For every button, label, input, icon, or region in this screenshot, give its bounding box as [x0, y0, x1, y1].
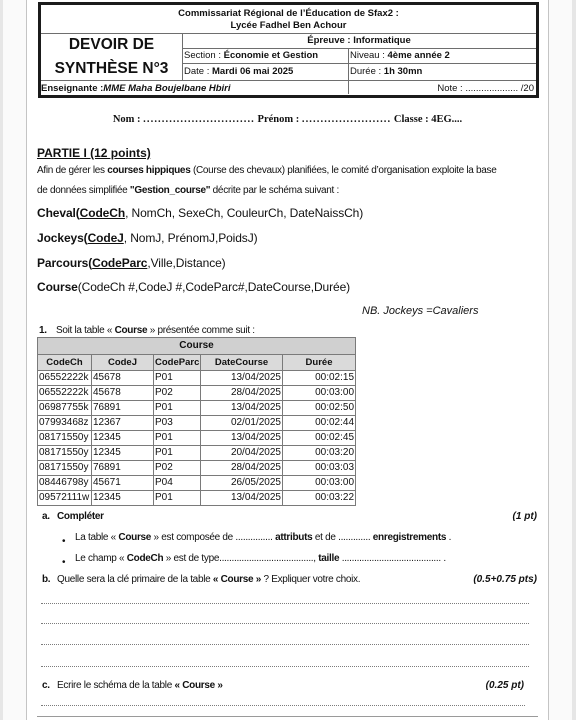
course-table: Course CodeChCodeJCodeParcDateCourseDuré…	[37, 337, 356, 506]
column-header: CodeParc	[154, 355, 201, 371]
intro-paragraph-line2: de données simplifiée "Gestion_course" d…	[37, 184, 339, 197]
bold-text: Course	[115, 325, 148, 336]
text-segment: et de .............	[312, 532, 372, 543]
table-row: 09572111w12345P0113/04/202500:03:22	[38, 491, 356, 506]
table-row: 08446798y45671P0426/05/202500:03:00	[38, 476, 356, 491]
grade-field: Note : .................... /20	[437, 83, 534, 95]
grade-max: /20	[521, 83, 534, 94]
exam-title-line2: SYNTHÈSE N°3	[41, 59, 182, 79]
subquestion-a-points: (1 pt)	[513, 510, 537, 523]
table-cell: 06987755k	[38, 401, 92, 416]
table-cell: 00:02:50	[283, 401, 356, 416]
schema-relation-parcours: Parcours(CodeParc,Ville,Distance)	[37, 256, 226, 271]
table-cell: P01	[154, 491, 201, 506]
teacher-name: MME Maha Boujelbane Hbiri	[103, 83, 230, 94]
classe-value: 4EG....	[431, 114, 462, 125]
fill-in-statement-2: Le champ « CodeCh » est de type.........…	[75, 552, 446, 565]
question-text: Soit la table « Course » présentée comme…	[56, 324, 255, 337]
table-cell: 76891	[92, 401, 154, 416]
table-cell: 26/05/2025	[201, 476, 283, 491]
date-label: Date :	[184, 66, 209, 77]
text-segment: ,Ville,Distance)	[147, 256, 225, 270]
header-divider	[182, 48, 536, 49]
teacher-label: Enseignante :	[41, 83, 103, 94]
header-divider	[41, 80, 536, 81]
bold-text: "Gestion_course"	[130, 185, 210, 196]
table-cell: 00:02:15	[283, 371, 356, 386]
table-cell: 45678	[92, 386, 154, 401]
table-cell: P03	[154, 416, 201, 431]
primary-key-text: CodeParc	[92, 256, 147, 270]
text-segment: » présentée comme suit :	[147, 325, 255, 336]
table-cell: 00:03:00	[283, 476, 356, 491]
niveau-label: Niveau :	[350, 50, 385, 61]
section-heading: PARTIE I (12 points)	[37, 145, 151, 161]
section-label: Section :	[184, 50, 221, 61]
table-cell: P04	[154, 476, 201, 491]
bold-text: taille	[318, 553, 339, 564]
text-segment: ? Expliquer votre choix.	[261, 574, 360, 585]
answer-line	[41, 623, 529, 624]
bold-text: courses hippiques	[107, 165, 190, 176]
nb-note: NB. Jockeys =Cavaliers	[362, 304, 478, 318]
classe-label: Classe :	[394, 114, 429, 125]
subquestion-a-label: a.	[42, 510, 50, 523]
bold-text: CodeCh	[127, 553, 164, 564]
table-cell: 00:02:45	[283, 431, 356, 446]
table-cell: 00:02:44	[283, 416, 356, 431]
fill-in-statement-1: La table « Course » est composée de ....…	[75, 531, 451, 544]
column-header: CodeCh	[38, 355, 92, 371]
prenom-blank: ........................	[302, 114, 391, 125]
prenom-label: Prénom :	[258, 114, 300, 125]
epreuve-value: Informatique	[353, 35, 411, 46]
subquestion-a-title: Compléter	[57, 510, 104, 523]
text-segment: , NomCh, SexeCh, CouleurCh, DateNaissCh)	[125, 206, 363, 220]
nom-label: Nom :	[113, 114, 141, 125]
table-cell: 06552222k	[38, 371, 92, 386]
text-segment: Ecrire le schéma de la table	[57, 680, 174, 691]
table-row: 07993468z12367P0302/01/202500:02:44	[38, 416, 356, 431]
schema-relation-cheval: Cheval(CodeCh, NomCh, SexeCh, CouleurCh,…	[37, 206, 363, 221]
table-cell: 45678	[92, 371, 154, 386]
table-row: 08171550y12345P0120/04/202500:03:20	[38, 446, 356, 461]
table-cell: 13/04/2025	[201, 371, 283, 386]
header-divider	[182, 63, 536, 64]
table-title: Course	[38, 338, 356, 355]
table-cell: 00:03:20	[283, 446, 356, 461]
school-name: Lycée Fadhel Ben Achour	[41, 20, 536, 32]
text-segment: Le champ «	[75, 553, 127, 564]
table-header-row: CodeChCodeJCodeParcDateCourseDurée	[38, 355, 356, 371]
table-cell: 76891	[92, 461, 154, 476]
column-header: DateCourse	[201, 355, 283, 371]
organization-name: Commissariat Régional de l’Éducation de …	[41, 8, 536, 20]
table-cell: 13/04/2025	[201, 431, 283, 446]
header-divider	[41, 33, 536, 34]
subquestion-b-points: (0.5+0.75 pts)	[473, 573, 537, 586]
text-segment: La table «	[75, 532, 118, 543]
question-number: 1.	[39, 324, 47, 337]
table-row: 06552222k45678P0113/04/202500:02:15	[38, 371, 356, 386]
table-cell: P01	[154, 446, 201, 461]
table-cell: 08171550y	[38, 461, 92, 476]
table-cell: 12345	[92, 491, 154, 506]
text-segment: Quelle sera la clé primaire de la table	[57, 574, 213, 585]
bold-text: enregistrements	[373, 532, 446, 543]
duree-field: Durée : 1h 30mn	[350, 66, 422, 78]
table-cell: 12345	[92, 446, 154, 461]
epreuve-label: Épreuve :	[307, 35, 350, 46]
table-cell: 00:03:03	[283, 461, 356, 476]
bold-text: « Course »	[174, 680, 222, 691]
table-cell: 07993468z	[38, 416, 92, 431]
table-cell: 08446798y	[38, 476, 92, 491]
text-segment: décrite par le schéma suivant :	[210, 185, 339, 196]
table-cell: 28/04/2025	[201, 386, 283, 401]
bold-text: « Course »	[213, 574, 261, 585]
table-cell: 28/04/2025	[201, 461, 283, 476]
table-cell: P01	[154, 401, 201, 416]
bullet-icon	[62, 552, 66, 570]
header-divider	[348, 48, 349, 94]
bold-text: Course	[37, 280, 78, 294]
table-cell: 13/04/2025	[201, 491, 283, 506]
table-cell: 20/04/2025	[201, 446, 283, 461]
answer-line	[41, 603, 529, 604]
bold-text: Course	[118, 532, 151, 543]
table-title-row: Course	[38, 338, 356, 355]
table-cell: 06552222k	[38, 386, 92, 401]
niveau-field: Niveau : 4ème année 2	[350, 50, 450, 62]
bold-text: Cheval(	[37, 206, 80, 220]
table-row: 06987755k76891P0113/04/202500:02:50	[38, 401, 356, 416]
duree-label: Durée :	[350, 66, 381, 77]
bold-text: attributs	[275, 532, 312, 543]
exam-title-line1: DEVOIR DE	[41, 35, 182, 55]
table-cell: P02	[154, 461, 201, 476]
text-segment: de données simplifiée	[37, 185, 130, 196]
text-segment: Afin de gérer les	[37, 165, 107, 176]
section-value: Économie et Gestion	[224, 50, 319, 61]
table-row: 06552222k45678P0228/04/202500:03:00	[38, 386, 356, 401]
answer-line	[41, 644, 529, 645]
table-cell: 13/04/2025	[201, 401, 283, 416]
niveau-value: 4ème année 2	[388, 50, 450, 61]
text-segment: , NomJ, PrénomJ,PoidsJ)	[124, 231, 258, 245]
table-cell: 12367	[92, 416, 154, 431]
subquestion-c-points: (0.25 pt)	[486, 679, 524, 692]
grade-label: Note :	[437, 83, 462, 94]
subquestion-b-text: Quelle sera la clé primaire de la table …	[57, 573, 360, 586]
text-segment: .	[446, 532, 451, 543]
table-cell: 00:03:22	[283, 491, 356, 506]
table-row: 08171550y76891P0228/04/202500:03:03	[38, 461, 356, 476]
text-segment: ........................................…	[339, 553, 446, 564]
bullet-icon	[62, 531, 66, 549]
table-cell: 12345	[92, 431, 154, 446]
table-cell: 45671	[92, 476, 154, 491]
table-cell: 02/01/2025	[201, 416, 283, 431]
subquestion-b-label: b.	[42, 573, 50, 586]
date-value: Mardi 06 mai 2025	[212, 66, 293, 77]
table-cell: 00:03:00	[283, 386, 356, 401]
page-margin-right	[548, 0, 576, 720]
bold-text: Jockeys(	[37, 231, 88, 245]
table-cell: 08171550y	[38, 446, 92, 461]
bold-text: Parcours(	[37, 256, 92, 270]
text-segment: (CodeCh #,CodeJ #,CodeParc#,DateCourse,D…	[78, 280, 350, 294]
column-header: CodeJ	[92, 355, 154, 371]
schema-relation-course: Course(CodeCh #,CodeJ #,CodeParc#,DateCo…	[37, 280, 350, 295]
table-body: 06552222k45678P0113/04/202500:02:1506552…	[38, 371, 356, 506]
schema-relation-jockeys: Jockeys(CodeJ, NomJ, PrénomJ,PoidsJ)	[37, 231, 258, 246]
bottom-rule	[37, 716, 538, 717]
section-field: Section : Économie et Gestion	[184, 50, 318, 62]
table-cell: 09572111w	[38, 491, 92, 506]
subquestion-c-label: c.	[42, 679, 50, 692]
table-cell: P02	[154, 386, 201, 401]
text-segment: Soit la table «	[56, 325, 115, 336]
intro-paragraph-line1: Afin de gérer les courses hippiques (Cou…	[37, 164, 497, 177]
text-segment: (Course des chevaux) planifiées, le comi…	[190, 165, 496, 176]
column-header: Durée	[283, 355, 356, 371]
text-segment: » est composée de ...............	[151, 532, 275, 543]
primary-key-text: CodeJ	[88, 231, 124, 245]
answer-line	[41, 666, 529, 667]
table-row: 08171550y12345P0113/04/202500:02:45	[38, 431, 356, 446]
answer-line	[41, 705, 525, 706]
nom-blank: ..............................	[143, 114, 255, 125]
duree-value: 1h 30mn	[384, 66, 423, 77]
epreuve-field: Épreuve : Informatique	[182, 35, 536, 47]
page-margin-left	[0, 0, 27, 720]
primary-key-text: CodeCh	[80, 206, 125, 220]
table-cell: P01	[154, 371, 201, 386]
student-identification-line: Nom : .............................. Pré…	[27, 113, 548, 127]
date-field: Date : Mardi 06 mai 2025	[184, 66, 293, 78]
table-cell: 08171550y	[38, 431, 92, 446]
table-cell: P01	[154, 431, 201, 446]
subquestion-c-text: Ecrire le schéma de la table « Course »	[57, 679, 223, 692]
teacher-field: Enseignante :MME Maha Boujelbane Hbiri	[41, 83, 231, 95]
grade-blank: ....................	[465, 83, 518, 94]
text-segment: » est de type...........................…	[163, 553, 318, 564]
